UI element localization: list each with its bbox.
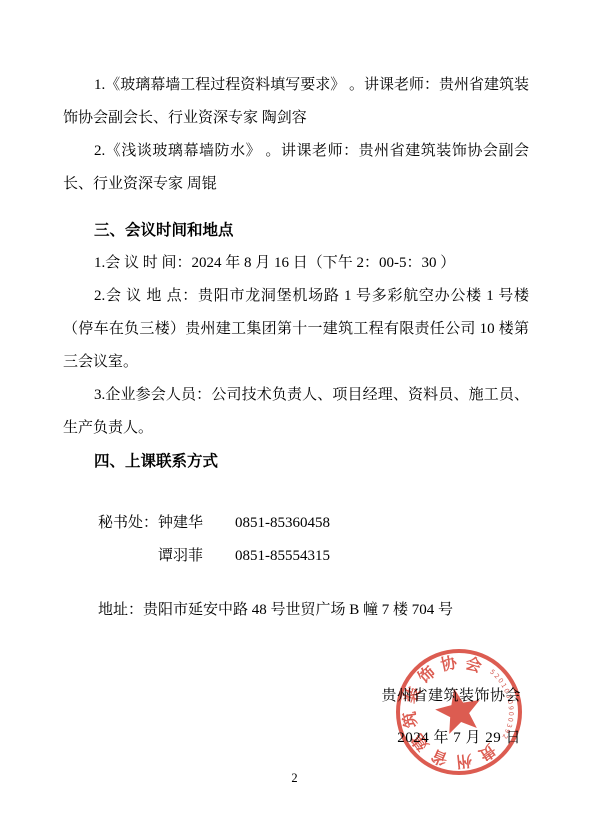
contact-phone: 0851-85554315 — [235, 548, 330, 564]
contact-row: 谭羽菲0851-85554315 — [63, 540, 529, 573]
section-heading-meeting-info: 三、会议时间和地点 — [63, 214, 529, 247]
document-body: 1.《玻璃幕墙工程过程资料填写要求》 。讲课老师：贵州省建筑装饰协会副会长、行业… — [63, 69, 529, 627]
contact-row: 秘书处：钟建华0851-85360458 — [63, 507, 529, 540]
page-number: 2 — [0, 771, 589, 786]
signature-block: 贵州省建筑装饰协会 2024 年 7 月 29 日 — [381, 684, 521, 747]
svg-text:州: 州 — [455, 751, 473, 771]
document-page: 1.《玻璃幕墙工程过程资料填写要求》 。讲课老师：贵州省建筑装饰协会副会长、行业… — [0, 0, 589, 833]
svg-text:协: 协 — [439, 653, 459, 674]
signature-org: 贵州省建筑装饰协会 — [381, 684, 521, 705]
contact-name: 谭羽菲 — [158, 540, 235, 573]
address-line: 地址：贵阳市延安中路 48 号世贸广场 B 幢 7 楼 704 号 — [63, 594, 529, 627]
meeting-time: 1.会 议 时 间：2024 年 8 月 16 日（下午 2：00-5：30 ） — [63, 247, 529, 280]
signature-date: 2024 年 7 月 29 日 — [381, 726, 521, 747]
lecture-item-2: 2.《浅谈玻璃幕墙防水》 。讲课老师：贵州省建筑装饰协会副会长、行业资深专家 周… — [63, 135, 529, 201]
contact-block: 秘书处：钟建华0851-85360458 谭羽菲0851-85554315 — [63, 507, 529, 573]
contact-label: 秘书处： — [98, 507, 158, 540]
contact-name: 钟建华 — [158, 507, 235, 540]
contact-phone: 0851-85360458 — [235, 515, 330, 531]
lecture-item-1: 1.《玻璃幕墙工程过程资料填写要求》 。讲课老师：贵州省建筑装饰协会副会长、行业… — [63, 69, 529, 135]
meeting-location: 2.会 议 地 点：贵阳市龙洞堡机场路 1 号多彩航空办公楼 1 号楼（停车在负… — [63, 280, 529, 379]
section-heading-contact: 四、上课联系方式 — [63, 445, 529, 478]
meeting-attendees: 3.企业参会人员：公司技术负责人、项目经理、资料员、施工员、生产负责人。 — [63, 379, 529, 445]
